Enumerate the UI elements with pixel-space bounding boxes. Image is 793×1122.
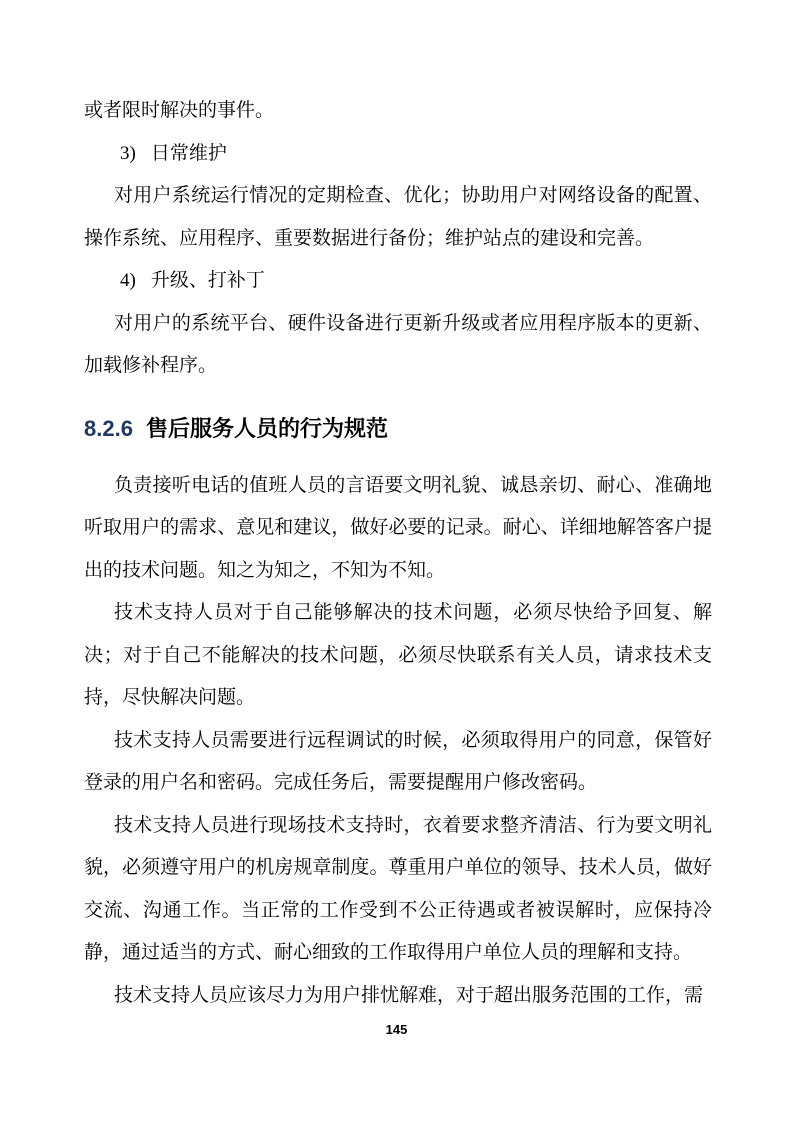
list-item-4-number: 4) xyxy=(120,260,136,303)
paragraph-beyond-scope: 技术支持人员应该尽力为用户排忧解难，对于超出服务范围的工作，需 xyxy=(84,975,712,1018)
section-heading-number: 8.2.6 xyxy=(84,416,133,441)
list-item-4: 4)升级、打补丁 xyxy=(84,260,712,303)
paragraph-onsite-support: 技术支持人员进行现场技术支持时，衣着要求整齐清洁、行为要文明礼貌，必须遵守用户的… xyxy=(84,805,712,975)
paragraph-remote-debug: 技术支持人员需要进行远程调试的时候，必须取得用户的同意，保管好登录的用户名和密码… xyxy=(84,720,712,805)
list-item-3: 3)日常维护 xyxy=(84,133,712,176)
paragraph-upgrade: 对用户的系统平台、硬件设备进行更新升级或者应用程序版本的更新、加载修补程序。 xyxy=(84,303,712,388)
section-heading: 8.2.6售后服务人员的行为规范 xyxy=(84,412,712,446)
list-item-3-number: 3) xyxy=(120,133,136,176)
list-item-4-text: 升级、打补丁 xyxy=(151,270,265,291)
paragraph-reply-policy: 技术支持人员对于自己能够解决的技术问题，必须尽快给予回复、解决；对于自己不能解决… xyxy=(84,592,712,720)
section-heading-title: 售后服务人员的行为规范 xyxy=(146,416,388,441)
paragraph-maintenance: 对用户系统运行情况的定期检查、优化；协助用户对网络设备的配置、操作系统、应用程序… xyxy=(84,175,712,260)
list-item-3-text: 日常维护 xyxy=(151,143,227,164)
page-number: 145 xyxy=(0,1020,793,1040)
document-page: 或者限时解决的事件。 3)日常维护 对用户系统运行情况的定期检查、优化；协助用户… xyxy=(0,0,793,1122)
paragraph-phone-etiquette: 负责接听电话的值班人员的言语要文明礼貌、诚恳亲切、耐心、准确地听取用户的需求、意… xyxy=(84,465,712,593)
paragraph-carryover: 或者限时解决的事件。 xyxy=(84,90,712,133)
